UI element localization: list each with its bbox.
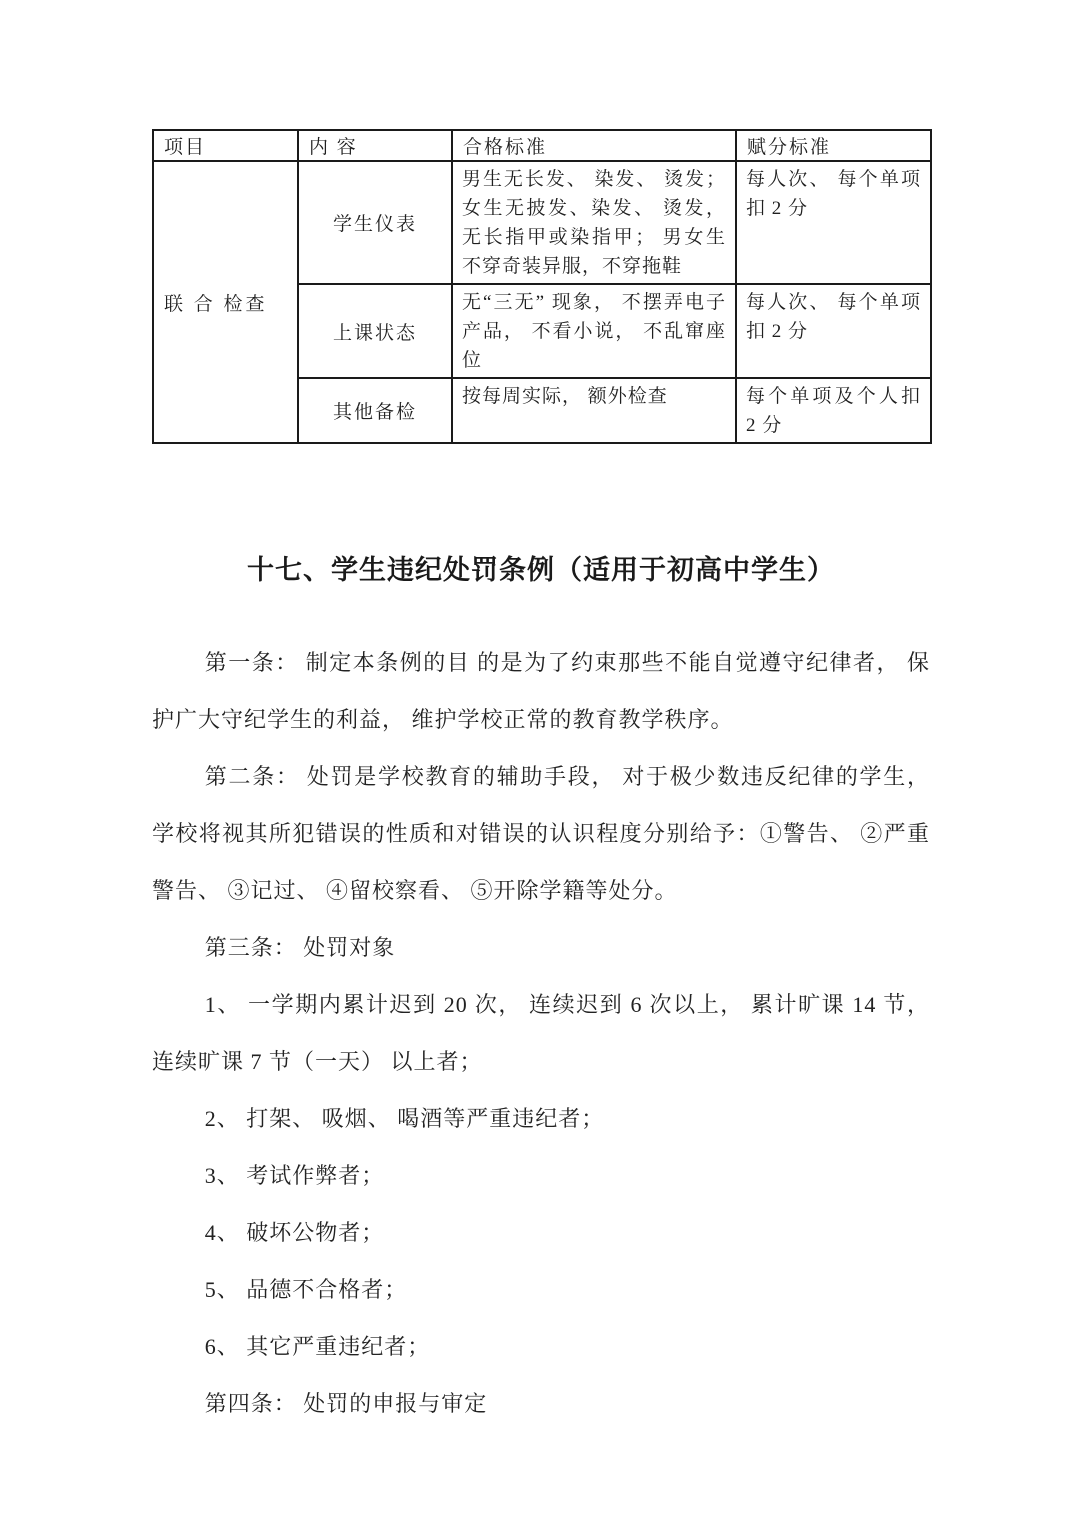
- score-cell-2: 每人次、 每个单项扣 2 分: [736, 284, 931, 378]
- header-score: 赋分标准: [736, 130, 931, 161]
- list-item-2: 2、 打架、 吸烟、 喝酒等严重违纪者；: [152, 1090, 930, 1147]
- inspection-table: 项目 内 容 合格标准 赋分标准 联 合 检查 学生仪表 男生无长发、 染发、 …: [152, 129, 932, 444]
- standard-cell-1: 男生无长发、 染发、 烫发；女生无披发、染发、 烫发，无长指甲或染指甲； 男女生…: [452, 161, 736, 284]
- section-title: 十七、学生违纪处罚条例（适用于初高中学生）: [152, 550, 930, 590]
- standard-cell-3: 按每周实际， 额外检查: [452, 378, 736, 443]
- paragraph-article-1: 第一条： 制定本条例的目 的是为了约束那些不能自觉遵守纪律者， 保护广大守纪学生…: [152, 634, 930, 748]
- list-item-5: 5、 品德不合格者；: [152, 1261, 930, 1318]
- paragraph-article-4: 第四条： 处罚的申报与审定: [152, 1375, 930, 1432]
- list-item-1: 1、 一学期内累计迟到 20 次， 连续迟到 6 次以上， 累计旷课 14 节，…: [152, 976, 930, 1090]
- header-standard: 合格标准: [452, 130, 736, 161]
- score-cell-1: 每人次、 每个单项扣 2 分: [736, 161, 931, 284]
- content-cell-1: 学生仪表: [298, 161, 452, 284]
- list-item-6: 6、 其它严重违纪者；: [152, 1318, 930, 1375]
- table-header-row: 项目 内 容 合格标准 赋分标准: [153, 130, 931, 161]
- merged-item-cell: 联 合 检查: [153, 161, 298, 443]
- paragraph-article-2: 第二条： 处罚是学校教育的辅助手段， 对于极少数违反纪律的学生， 学校将视其所犯…: [152, 748, 930, 919]
- score-cell-3: 每个单项及个人扣 2 分: [736, 378, 931, 443]
- document-page: 项目 内 容 合格标准 赋分标准 联 合 检查 学生仪表 男生无长发、 染发、 …: [0, 0, 1080, 1527]
- paragraph-article-3: 第三条： 处罚对象: [152, 919, 930, 976]
- content-cell-3: 其他备检: [298, 378, 452, 443]
- standard-cell-2: 无“三无” 现象， 不摆弄电子产品， 不看小说， 不乱窜座位: [452, 284, 736, 378]
- content-cell-2: 上课状态: [298, 284, 452, 378]
- list-item-4: 4、 破坏公物者；: [152, 1204, 930, 1261]
- table-row: 联 合 检查 学生仪表 男生无长发、 染发、 烫发；女生无披发、染发、 烫发，无…: [153, 161, 931, 284]
- list-item-3: 3、 考试作弊者；: [152, 1147, 930, 1204]
- section-body: 第一条： 制定本条例的目 的是为了约束那些不能自觉遵守纪律者， 保护广大守纪学生…: [152, 634, 930, 1432]
- header-item: 项目: [153, 130, 298, 161]
- header-content: 内 容: [298, 130, 452, 161]
